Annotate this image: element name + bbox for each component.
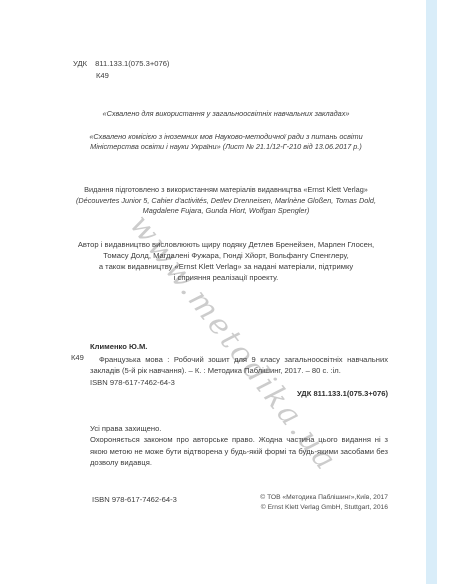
catalog-code: К49: [71, 353, 84, 362]
approval-statements: «Схвалено для використання у загальноосв…: [26, 109, 426, 153]
approval-line-3: Міністерства освіти і науки України» (Ли…: [26, 142, 426, 153]
approval-line-1: «Схвалено для використання у загальноосв…: [26, 109, 426, 120]
udk-bottom-right: УДК 811.133.1(075.3+076): [297, 389, 388, 398]
source-line-1: Видання підготовлено з використанням мат…: [26, 185, 426, 196]
page-edge-strip: [426, 0, 437, 584]
source-line-3: Magdalene Fujara, Gunda Hiort, Wolfgan S…: [26, 206, 426, 217]
acknowledgement-line-2: Томасу Долд, Магдалені Фужара, Гюнді Хйо…: [26, 250, 426, 261]
rights-body: Охороняється законом про авторське право…: [90, 434, 388, 468]
udk-classification-block: УДК811.133.1(075.3+076) К49: [73, 58, 169, 82]
catalog-isbn: ISBN 978-617-7462-64-3: [90, 378, 388, 387]
rights-intro: Усі права захищено.: [90, 423, 388, 434]
author-name: Клименко Ю.М.: [90, 342, 388, 351]
acknowledgement-line-1: Автор і видавництво висловлюють щиру под…: [26, 239, 426, 250]
catalog-description: Французька мова : Робочий зошит для 9 кл…: [90, 354, 388, 376]
acknowledgement-line-4: і сприяння реалізації проекту.: [26, 272, 426, 283]
cataloging-record: Клименко Ю.М. К49 Французька мова : Робо…: [90, 342, 388, 387]
udk-value: 811.133.1(075.3+076): [95, 58, 169, 70]
acknowledgement-line-3: а також видавництву «Ernst Klett Verlag»…: [26, 261, 426, 272]
acknowledgement-paragraph: Автор і видавництво висловлюють щиру под…: [26, 239, 426, 283]
rights-notice: Усі права захищено. Охороняється законом…: [90, 423, 388, 468]
author-sign-code: К49: [96, 70, 169, 82]
udk-line: УДК811.133.1(075.3+076): [73, 58, 169, 70]
source-line-2: (Découvertes Junior 5, Cahier d'activité…: [26, 196, 426, 207]
copyright-publisher: © ТОВ «Методика Паблішинг»,Київ, 2017: [260, 493, 388, 503]
source-materials-note: Видання підготовлено з використанням мат…: [26, 185, 426, 217]
footer-isbn: ISBN 978-617-7462-64-3: [92, 495, 177, 504]
copyright-klett: © Ernst Klett Verlag GmbH, Stuttgart, 20…: [260, 503, 388, 513]
approval-line-2: «Схвалено комісією з іноземних мов Науко…: [26, 132, 426, 143]
udk-label: УДК: [73, 58, 87, 70]
book-imprint-page: www.metodika.ua УДК811.133.1(075.3+076) …: [0, 0, 452, 584]
copyright-block: © ТОВ «Методика Паблішинг»,Київ, 2017 © …: [260, 493, 388, 512]
